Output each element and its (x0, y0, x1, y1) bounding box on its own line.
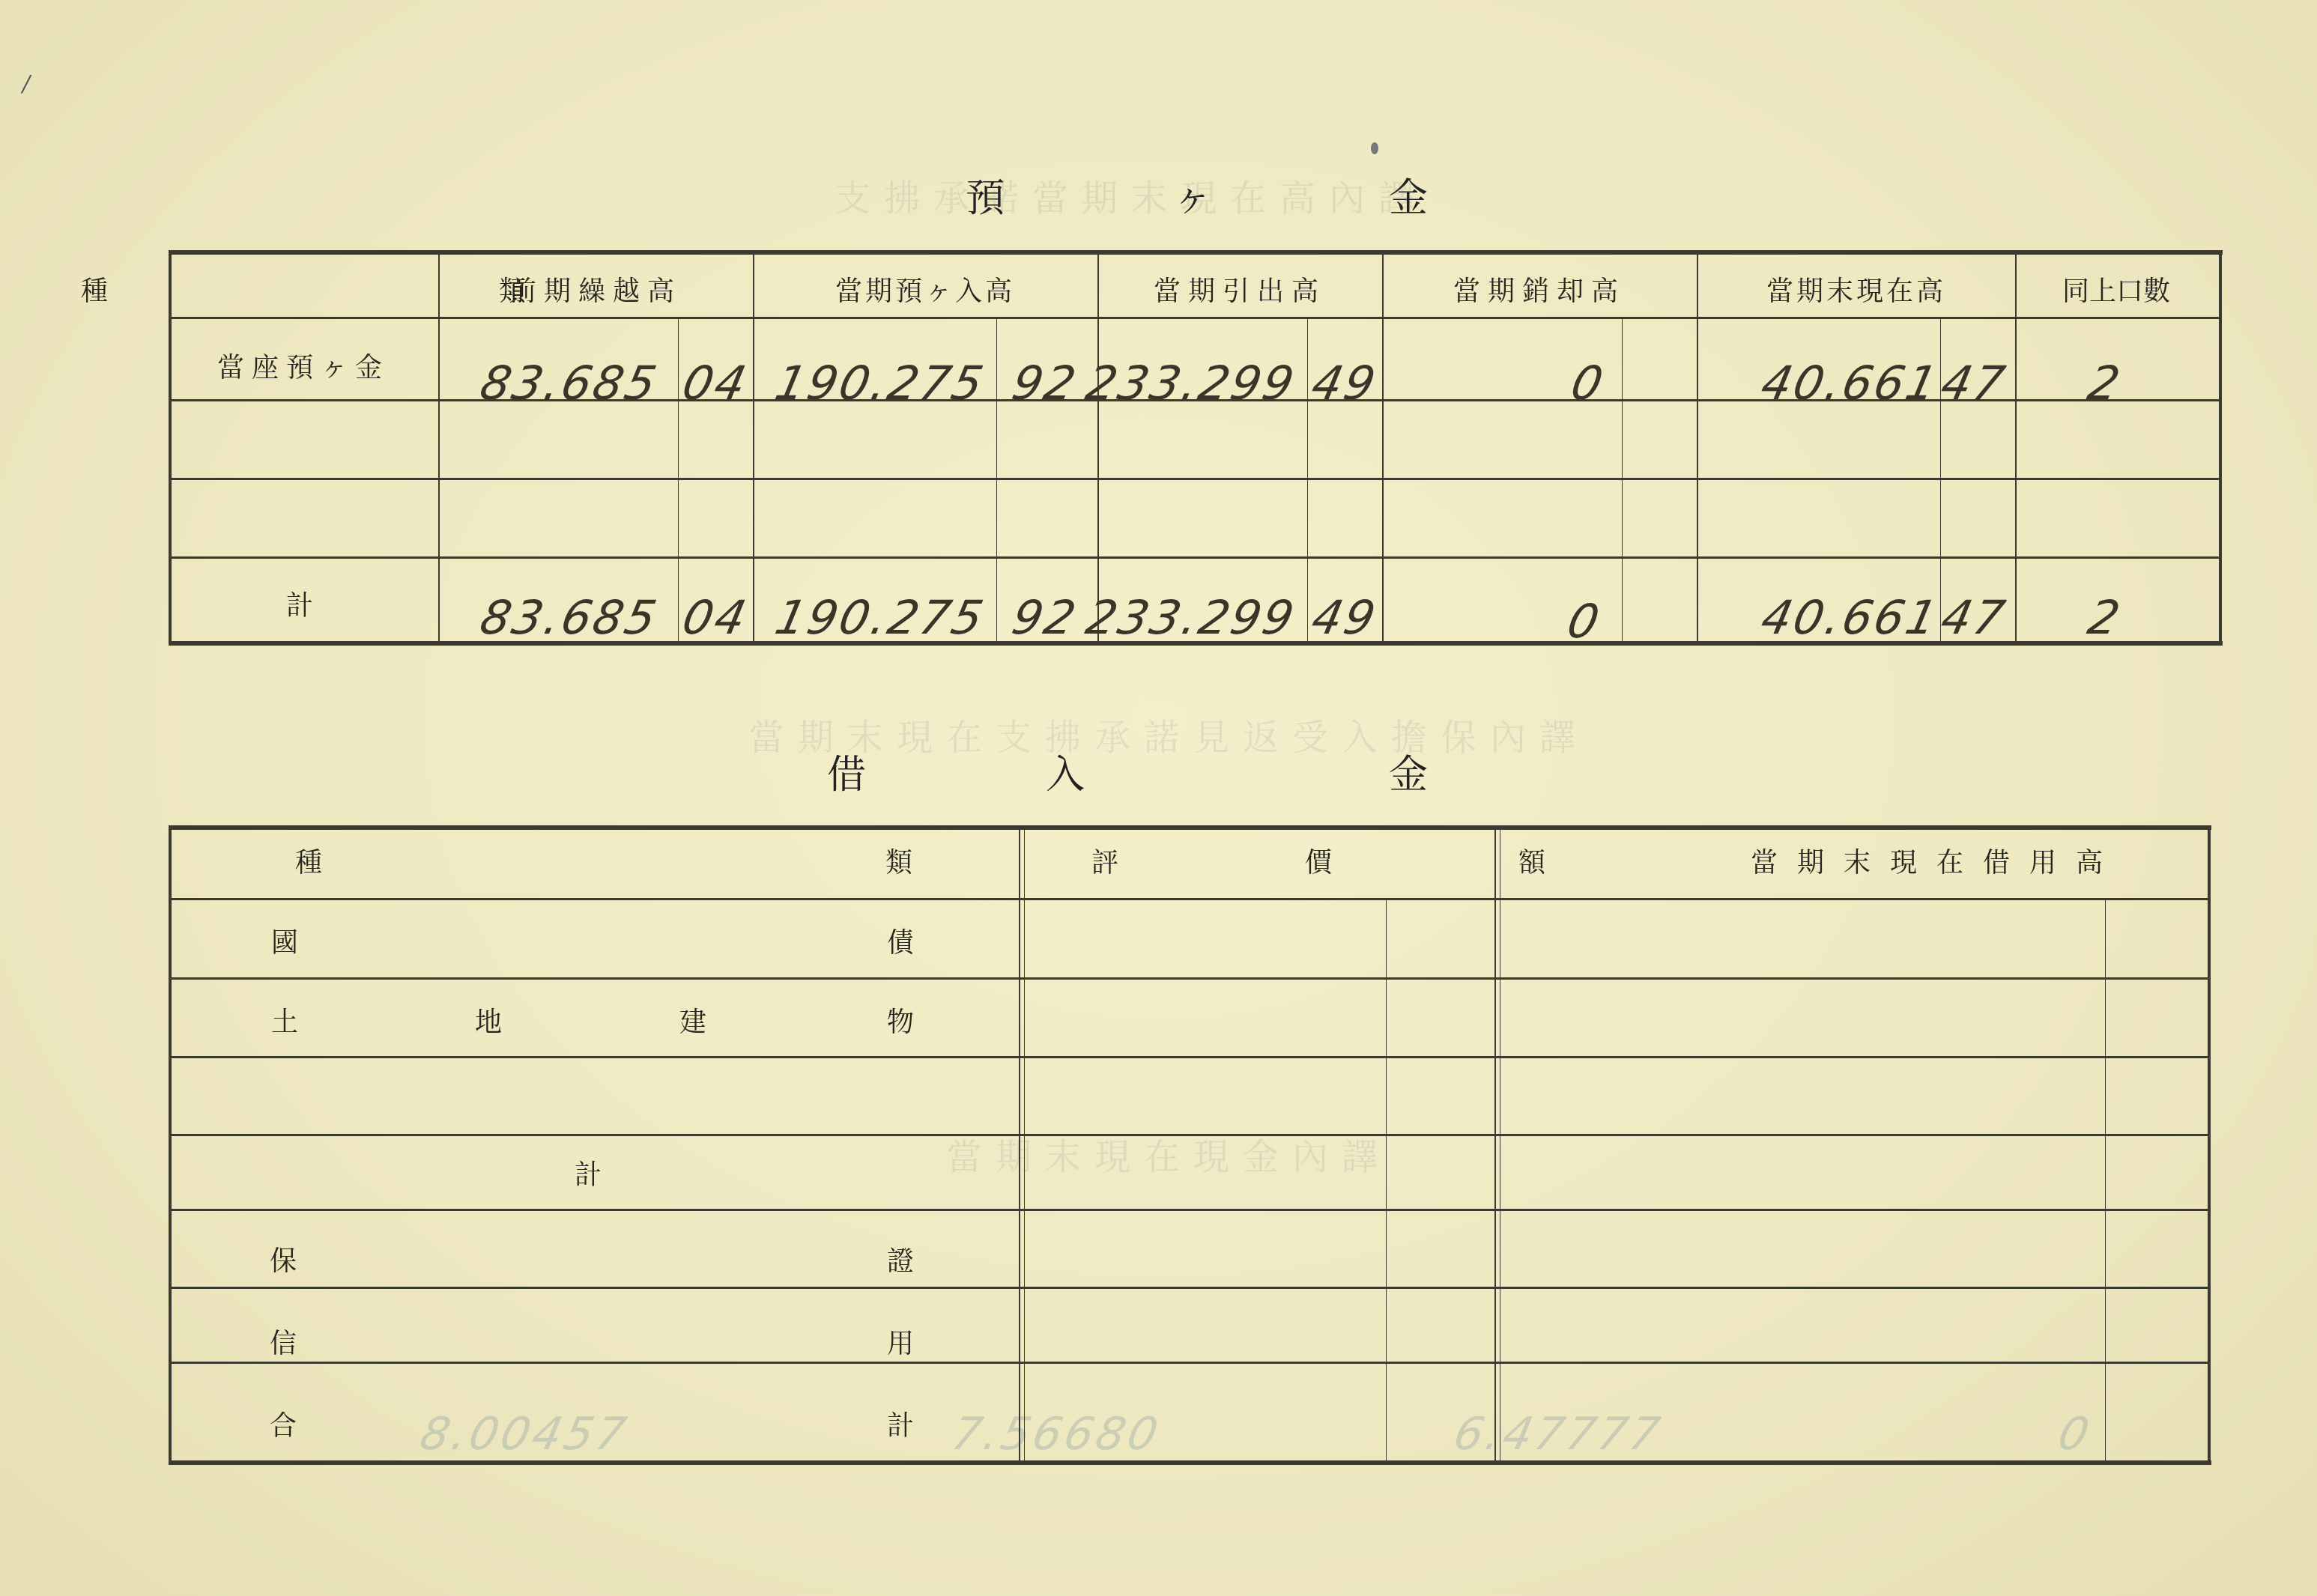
column-divider (1019, 825, 1020, 1463)
prev-balance-cents: 04 (679, 595, 752, 641)
column-divider (1494, 825, 1496, 1463)
withdrawn-value: 233.299 (1082, 360, 1300, 407)
bleed-through-title-0: 當期末現在支拂承諾見返受入擔保內譯 (748, 720, 1589, 756)
borrowings-title-char-1: 借 (827, 756, 866, 795)
prev-balance-cents: 04 (679, 360, 752, 407)
row-label-char: 國 (271, 930, 298, 957)
table-border-right (2219, 250, 2222, 646)
row-divider (169, 1287, 2210, 1289)
end-balance-cents: 47 (1937, 595, 2011, 641)
row-divider (169, 977, 2210, 980)
table-border-top (169, 825, 2211, 830)
bleed-through-number-1: 7.56680 (947, 1408, 1165, 1460)
row-label-char: 物 (887, 1010, 914, 1037)
cents-divider (1622, 318, 1623, 644)
cents-divider (2105, 899, 2106, 1463)
bleed-through-number-3: 0 (2053, 1408, 2096, 1460)
withdrawn-value: 233.299 (1082, 595, 1300, 641)
borrowings-title-char-2: 入 (1046, 756, 1085, 795)
header-deposited: 當期預ヶ入高 (835, 279, 1015, 306)
accounts-value: 2 (2084, 595, 2126, 641)
row-label-char: 土 (271, 1010, 298, 1037)
table-border-top (169, 250, 2223, 255)
table-border-left (169, 825, 172, 1465)
deposited-value: 190.275 (772, 360, 990, 407)
row-label-char: 用 (887, 1331, 914, 1358)
column-divider (438, 250, 440, 644)
row-label-char: 建 (679, 1010, 706, 1037)
written-off-value: 0 (1563, 598, 1605, 645)
column-divider (1382, 250, 1384, 644)
bleed-through-number-0: 8.00457 (415, 1408, 633, 1460)
row-label-char: 保 (270, 1248, 297, 1275)
header-accounts: 同上口數 (2062, 279, 2170, 306)
header-valuation-char-1: 評 (1091, 850, 1118, 877)
header-valuation-char-3: 額 (1518, 850, 1545, 877)
row-label-char: 地 (475, 1010, 502, 1037)
end-balance-value: 40.661 (1757, 360, 1943, 407)
deposited-cents: 92 (1008, 360, 1082, 407)
header-balance: 當期末現在借用高 (1751, 850, 2122, 877)
column-divider (1024, 825, 1025, 1463)
prev-balance-value: 83.685 (476, 360, 662, 407)
cents-divider (996, 318, 997, 644)
borrowings-title-char-3: 金 (1389, 756, 1428, 795)
header-withdrawn: 當期引出高 (1154, 279, 1326, 306)
header-valuation-char-2: 價 (1305, 850, 1332, 877)
header-divider (169, 317, 2221, 319)
row-label-char: 合 (270, 1413, 297, 1440)
deposits-title-char-1: 預 (966, 179, 1005, 218)
header-divider (169, 898, 2210, 900)
column-divider (1697, 250, 1698, 644)
header-type-right: 類 (885, 850, 912, 877)
row-divider (169, 478, 2221, 480)
header-end-balance: 當期末現在高 (1766, 279, 1946, 306)
withdrawn-cents: 49 (1308, 595, 1381, 641)
header-prev-balance: 前期繰越高 (509, 279, 682, 306)
row-label-char: 計 (887, 1413, 914, 1440)
row-label-char: 證 (887, 1248, 914, 1275)
deposited-cents: 92 (1008, 595, 1082, 641)
bleed-through-title-2: 當期末現在現金內譯 (946, 1139, 1391, 1175)
cents-divider (1307, 318, 1308, 644)
end-balance-value: 40.661 (1757, 595, 1943, 641)
header-type-left: 種 (295, 850, 322, 877)
row-divider (169, 1362, 2210, 1364)
column-divider (1097, 250, 1099, 644)
row-divider (169, 1056, 2210, 1058)
deposits-title-char-2: ヶ (1173, 179, 1212, 218)
table-border-left (169, 250, 172, 646)
deposited-value: 190.275 (772, 595, 990, 641)
page-corner-mark: / (22, 71, 30, 97)
row-label-char: 債 (887, 930, 914, 957)
row-divider (169, 1134, 2210, 1136)
end-balance-cents: 47 (1937, 360, 2011, 407)
cents-divider (1386, 899, 1387, 1463)
column-divider (2015, 250, 2017, 644)
table-border-right (2208, 825, 2211, 1465)
cents-divider (678, 318, 679, 644)
row-label-char: 計 (575, 1162, 602, 1189)
row-divider (169, 1209, 2210, 1211)
bleed-through-title-1: 支拂承諾當期末現在高內譯 (835, 180, 1428, 216)
bleed-through-number-2: 6.47777 (1449, 1408, 1667, 1460)
row-label: 計 (286, 593, 313, 620)
row-label-char: 信 (270, 1331, 297, 1358)
withdrawn-cents: 49 (1308, 360, 1381, 407)
column-divider (753, 250, 754, 644)
row-label: 當座預ヶ金 (217, 355, 390, 382)
ink-spot (1371, 142, 1378, 154)
deposits-title-char-3: 金 (1389, 179, 1428, 218)
row-divider (169, 556, 2221, 559)
table-border-bottom (169, 1460, 2211, 1465)
column-divider (1500, 825, 1500, 1463)
header-written-off: 當期銷却高 (1453, 279, 1626, 306)
prev-balance-value: 83.685 (476, 595, 662, 641)
